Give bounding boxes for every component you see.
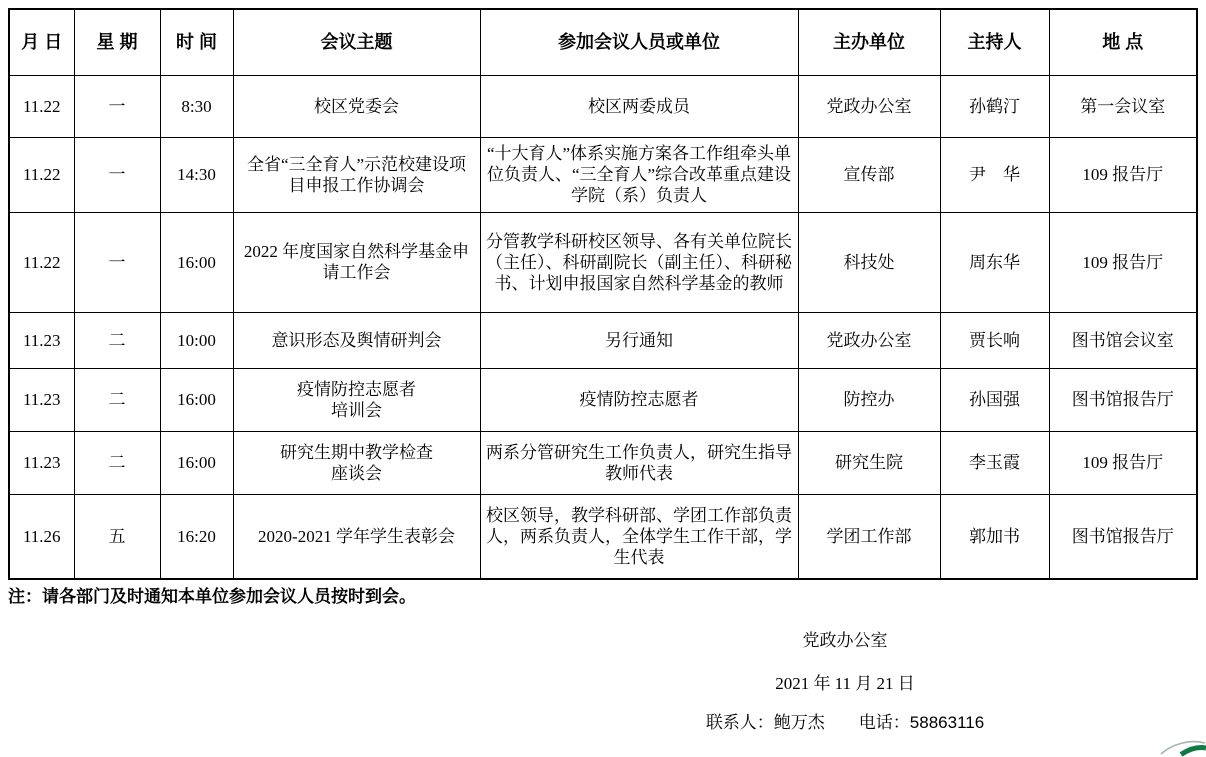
- header-time: 时 间: [160, 9, 233, 75]
- cell-location: 图书馆报告厅: [1049, 368, 1197, 431]
- cell-time: 16:20: [160, 494, 233, 579]
- cell-time: 16:00: [160, 431, 233, 494]
- table-row: 11.22 一 8:30 校区党委会 校区两委成员 党政办公室 孙鹤汀 第一会议…: [9, 75, 1197, 137]
- cell-weekday: 一: [74, 75, 160, 137]
- cell-organizer: 宣传部: [798, 137, 940, 212]
- cell-weekday: 一: [74, 212, 160, 312]
- cell-date: 11.23: [9, 312, 74, 368]
- cell-time: 10:00: [160, 312, 233, 368]
- cell-location: 109 报告厅: [1049, 137, 1197, 212]
- cell-date: 11.26: [9, 494, 74, 579]
- header-participants: 参加会议人员或单位: [480, 9, 798, 75]
- cell-location: 图书馆报告厅: [1049, 494, 1197, 579]
- cell-participants: 疫情防控志愿者: [480, 368, 798, 431]
- table-row: 11.23 二 16:00 疫情防控志愿者 培训会 疫情防控志愿者 防控办 孙国…: [9, 368, 1197, 431]
- cell-time: 14:30: [160, 137, 233, 212]
- table-row: 11.23 二 10:00 意识形态及舆情研判会 另行通知 党政办公室 贾长响 …: [9, 312, 1197, 368]
- table-row: 11.26 五 16:20 2020-2021 学年学生表彰会 校区领导，教学科…: [9, 494, 1197, 579]
- cell-organizer: 研究生院: [798, 431, 940, 494]
- cell-weekday: 二: [74, 312, 160, 368]
- table-row: 11.22 一 14:30 全省“三全育人”示范校建设项目申报工作协调会 “十大…: [9, 137, 1197, 212]
- cell-host: 贾长响: [940, 312, 1049, 368]
- cell-topic: 研究生期中教学检查 座谈会: [233, 431, 480, 494]
- cell-topic: 疫情防控志愿者 培训会: [233, 368, 480, 431]
- meeting-schedule-table: 月 日 星 期 时 间 会议主题 参加会议人员或单位 主办单位 主持人 地 点 …: [8, 8, 1198, 580]
- signature-contact: 联系人：鲍万杰 电话：58863116: [600, 712, 1090, 734]
- cell-topic: 2020-2021 学年学生表彰会: [233, 494, 480, 579]
- header-date: 月 日: [9, 9, 74, 75]
- header-topic: 会议主题: [233, 9, 480, 75]
- cell-weekday: 五: [74, 494, 160, 579]
- cell-date: 11.23: [9, 431, 74, 494]
- cell-participants: 分管教学科研校区领导、各有关单位院长（主任）、科研副院长（副主任）、科研秘书、计…: [480, 212, 798, 312]
- cell-organizer: 科技处: [798, 212, 940, 312]
- signature-department: 党政办公室: [600, 630, 1090, 652]
- cell-time: 16:00: [160, 368, 233, 431]
- cell-time: 16:00: [160, 212, 233, 312]
- cell-topic: 2022 年度国家自然科学基金申请工作会: [233, 212, 480, 312]
- header-organizer: 主办单位: [798, 9, 940, 75]
- cell-weekday: 一: [74, 137, 160, 212]
- cell-date: 11.23: [9, 368, 74, 431]
- cell-organizer: 党政办公室: [798, 312, 940, 368]
- cell-date: 11.22: [9, 137, 74, 212]
- cell-date: 11.22: [9, 212, 74, 312]
- cell-location: 109 报告厅: [1049, 212, 1197, 312]
- cell-host: 孙鹤汀: [940, 75, 1049, 137]
- cell-topic: 全省“三全育人”示范校建设项目申报工作协调会: [233, 137, 480, 212]
- cell-host: 孙国强: [940, 368, 1049, 431]
- table-header-row: 月 日 星 期 时 间 会议主题 参加会议人员或单位 主办单位 主持人 地 点: [9, 9, 1197, 75]
- cell-participants: 校区领导，教学科研部、学团工作部负责人，两系负责人，全体学生工作干部，学生代表: [480, 494, 798, 579]
- header-location: 地 点: [1049, 9, 1197, 75]
- corner-logo-arc-icon: [1160, 735, 1206, 757]
- header-weekday: 星 期: [74, 9, 160, 75]
- cell-date: 11.22: [9, 75, 74, 137]
- meeting-schedule-document: 月 日 星 期 时 间 会议主题 参加会议人员或单位 主办单位 主持人 地 点 …: [0, 0, 1206, 757]
- cell-organizer: 学团工作部: [798, 494, 940, 579]
- cell-weekday: 二: [74, 431, 160, 494]
- cell-weekday: 二: [74, 368, 160, 431]
- cell-location: 图书馆会议室: [1049, 312, 1197, 368]
- cell-host: 尹 华: [940, 137, 1049, 212]
- cell-organizer: 党政办公室: [798, 75, 940, 137]
- cell-location: 第一会议室: [1049, 75, 1197, 137]
- signature-block: 党政办公室 2021 年 11 月 21 日 联系人：鲍万杰 电话：588631…: [600, 630, 1090, 734]
- table-row: 11.22 一 16:00 2022 年度国家自然科学基金申请工作会 分管教学科…: [9, 212, 1197, 312]
- cell-location: 109 报告厅: [1049, 431, 1197, 494]
- cell-host: 郭加书: [940, 494, 1049, 579]
- signature-date: 2021 年 11 月 21 日: [600, 673, 1090, 695]
- cell-host: 周东华: [940, 212, 1049, 312]
- cell-participants: 另行通知: [480, 312, 798, 368]
- cell-host: 李玉霞: [940, 431, 1049, 494]
- header-host: 主持人: [940, 9, 1049, 75]
- table-body: 11.22 一 8:30 校区党委会 校区两委成员 党政办公室 孙鹤汀 第一会议…: [9, 75, 1197, 579]
- cell-participants: 校区两委成员: [480, 75, 798, 137]
- cell-participants: 两系分管研究生工作负责人，研究生指导教师代表: [480, 431, 798, 494]
- cell-topic: 意识形态及舆情研判会: [233, 312, 480, 368]
- cell-participants: “十大育人”体系实施方案各工作组牵头单位负责人、“三全育人”综合改革重点建设学院…: [480, 137, 798, 212]
- footer-note: 注：请各部门及时通知本单位参加会议人员按时到会。: [8, 586, 416, 608]
- table-row: 11.23 二 16:00 研究生期中教学检查 座谈会 两系分管研究生工作负责人…: [9, 431, 1197, 494]
- cell-organizer: 防控办: [798, 368, 940, 431]
- cell-time: 8:30: [160, 75, 233, 137]
- cell-topic: 校区党委会: [233, 75, 480, 137]
